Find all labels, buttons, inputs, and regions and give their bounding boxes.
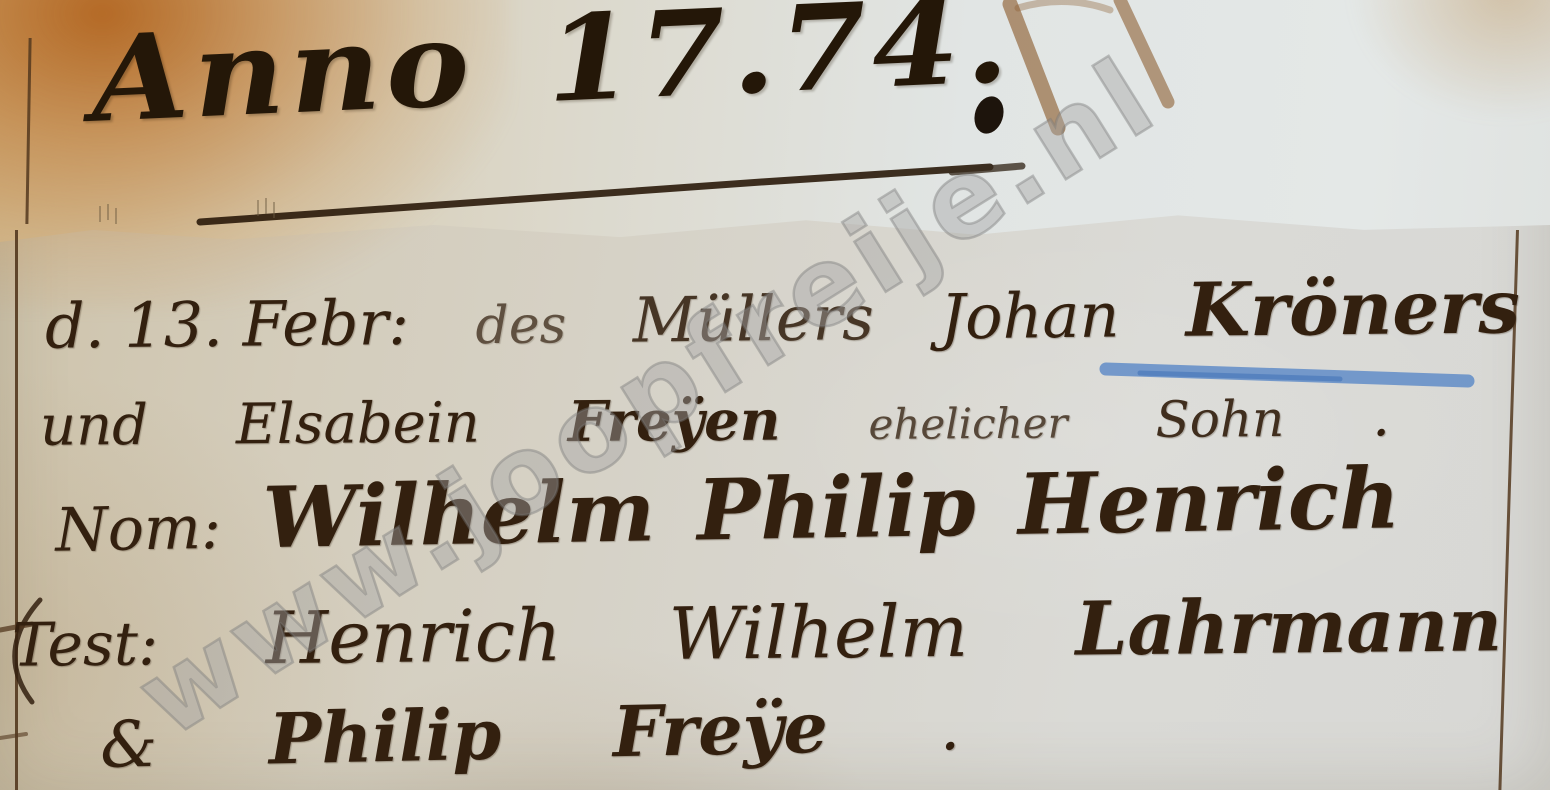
name-philip: Philip	[696, 456, 976, 560]
witness-philip: Philip	[268, 693, 502, 781]
word-ehelicher: ehelicher	[868, 399, 1067, 449]
name-kroeners: Kröners	[1185, 264, 1520, 353]
blue-pencil-mark	[1140, 373, 1340, 379]
word-period: .	[1372, 384, 1390, 449]
register-page-photo: Anno 17.74. d. 13. Febr: des Müllers Joh…	[0, 0, 1550, 790]
witness-freye: Freÿe	[612, 686, 829, 773]
witness-wilhelm: Wilhelm	[668, 589, 968, 676]
blue-pencil-mark	[1106, 369, 1468, 381]
margin-tick	[0, 734, 26, 738]
record-line-name: Nom: Wilhelm Philip Henrich	[54, 448, 1401, 570]
top-right-stain	[1350, 0, 1550, 120]
name-henrich: Henrich	[1017, 448, 1401, 554]
name-elsabein: Elsabein	[236, 391, 480, 458]
word-des: des	[475, 295, 566, 356]
label-nom: Nom:	[55, 493, 222, 566]
word-period-2: .	[939, 691, 961, 765]
word-und: und	[40, 393, 148, 459]
word-ampersand: &	[99, 708, 158, 783]
witness-lahrmann: Lahrmann	[1075, 582, 1503, 672]
left-rule-line-bottom	[15, 230, 18, 790]
entry-date: d. 13. Febr:	[45, 286, 410, 363]
word-sohn: Sohn	[1155, 390, 1284, 449]
name-johan: Johan	[940, 278, 1120, 353]
